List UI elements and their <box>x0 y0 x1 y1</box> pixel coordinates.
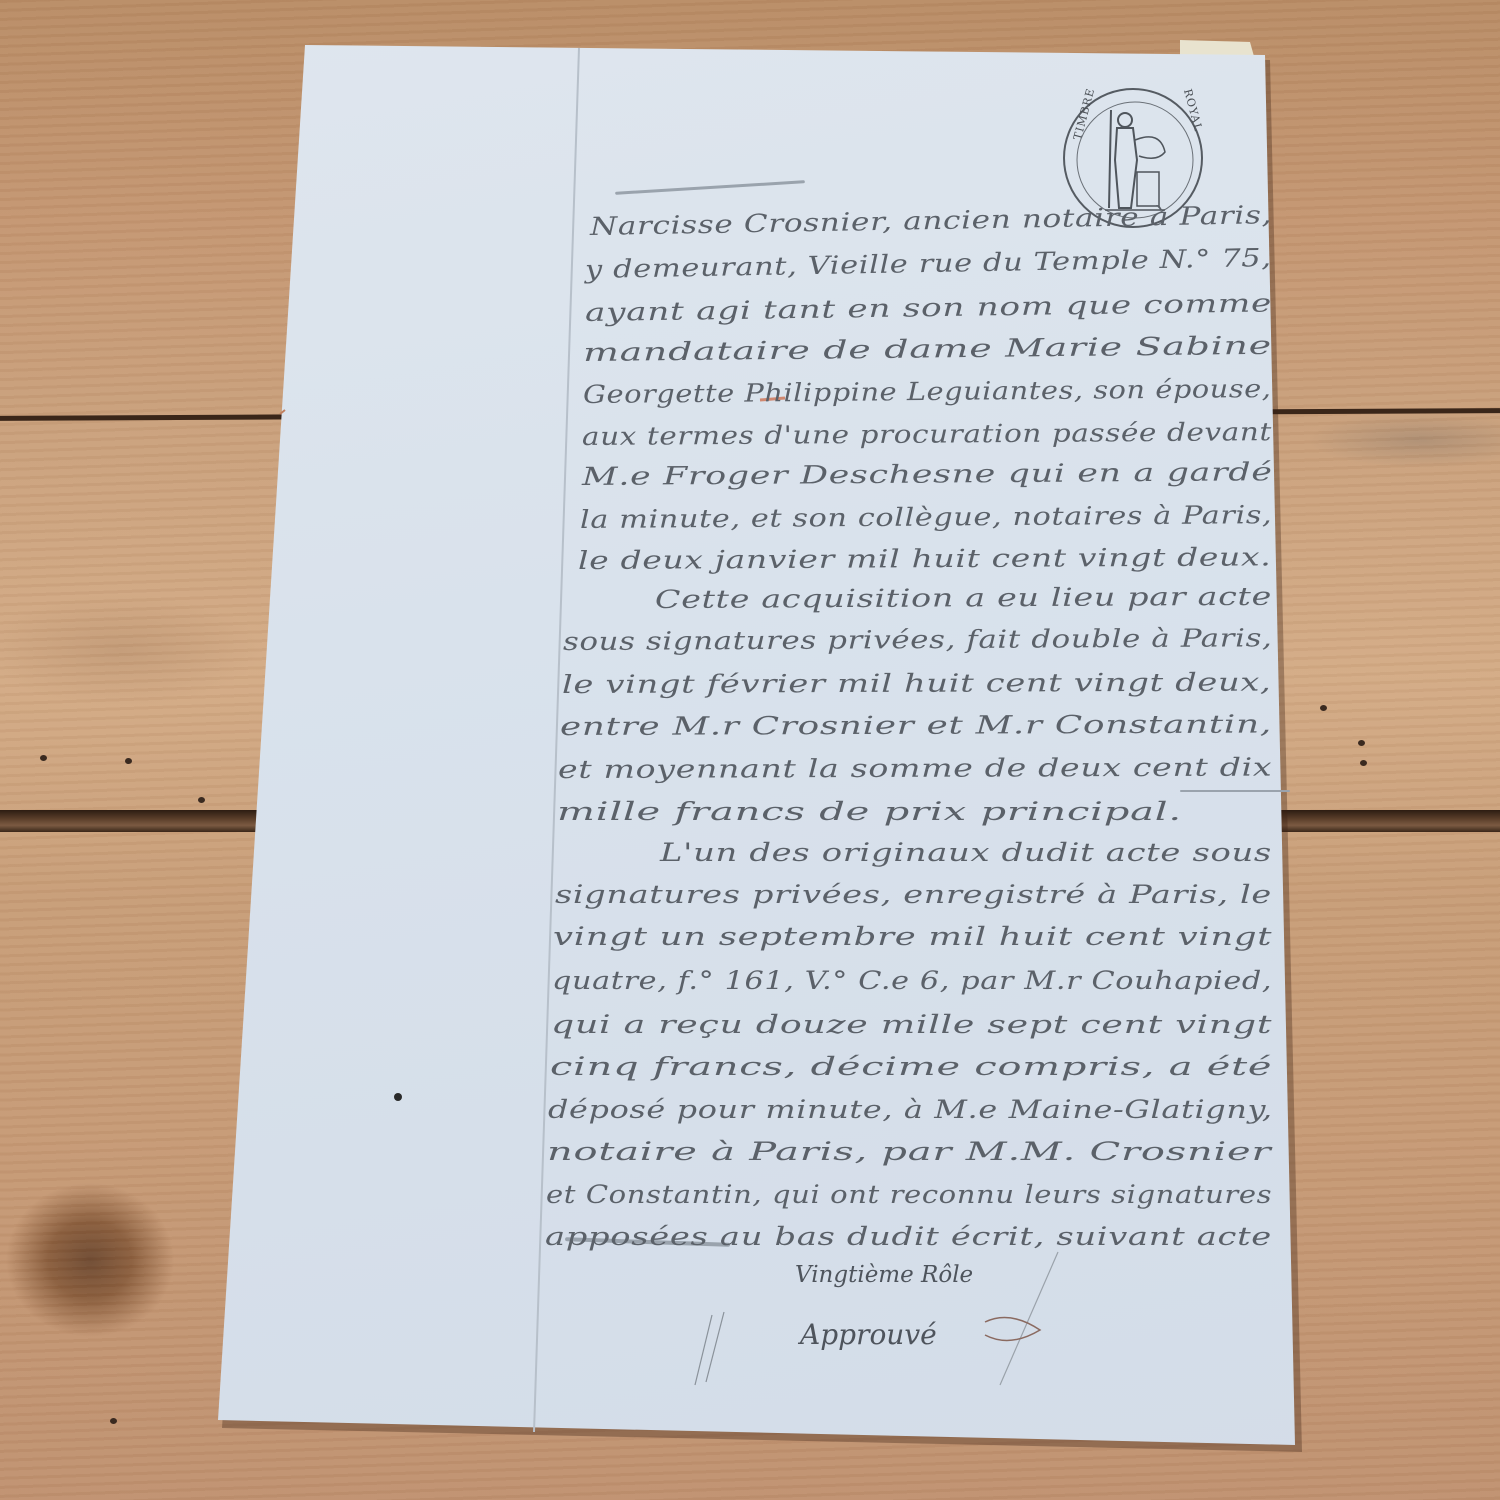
wood-wormhole <box>110 1418 117 1424</box>
end-of-paragraph-rule <box>1180 790 1290 792</box>
text-line: L'un des originaux dudit acte sous <box>660 838 1272 867</box>
wood-wormhole <box>198 797 205 803</box>
text-line: qui a reçu douze mille sept cent vingt <box>551 1010 1272 1039</box>
wood-wormhole <box>1360 760 1367 766</box>
text-line: notaire à Paris, par M.M. Crosnier <box>547 1137 1271 1166</box>
text-line: le deux janvier mil huit cent vingt deux… <box>578 542 1271 575</box>
text-line: entre M.r Crosnier et M.r Constantin, <box>560 710 1272 741</box>
text-line: le vingt février mil huit cent vingt deu… <box>562 668 1272 699</box>
text-line: et Constantin, qui ont reconnu leurs sig… <box>546 1180 1272 1209</box>
text-line: déposé pour minute, à M.e Maine-Glatigny… <box>548 1095 1273 1124</box>
wood-wormhole <box>1320 705 1327 711</box>
text-line: Cette acquisition a eu lieu par acte <box>655 582 1272 614</box>
text-line: signatures privées, enregistré à Paris, … <box>555 880 1272 909</box>
text-line: Georgette Philippine Leguiantes, son épo… <box>583 374 1272 409</box>
wood-wormhole <box>125 758 132 764</box>
text-line: vingt un septembre mil huit cent vingt <box>553 922 1272 951</box>
text-line: la minute, et son collègue, notaires à P… <box>580 500 1272 534</box>
text-line: apposées au bas dudit écrit, suivant act… <box>545 1222 1272 1251</box>
text-line: M.e Froger Deschesne qui en a gardé <box>582 457 1273 491</box>
text-line: et moyennant la somme de deux cent dix <box>558 753 1272 784</box>
text-line: mille francs de prix principal. <box>557 797 1182 826</box>
page-count-note: Vingtième Rôle <box>795 1262 973 1288</box>
approval-signature: Approuvé <box>800 1318 937 1351</box>
text-line: cinq francs, décime compris, a été <box>550 1052 1272 1081</box>
text-line: sous signatures privées, fait double à P… <box>563 623 1273 656</box>
wood-wormhole <box>40 755 47 761</box>
text-line: aux termes d'une procuration passée deva… <box>582 417 1272 451</box>
text-line: quatre, f.° 161, V.° C.e 6, par M.r Couh… <box>552 966 1272 995</box>
wood-wormhole <box>1358 740 1365 746</box>
